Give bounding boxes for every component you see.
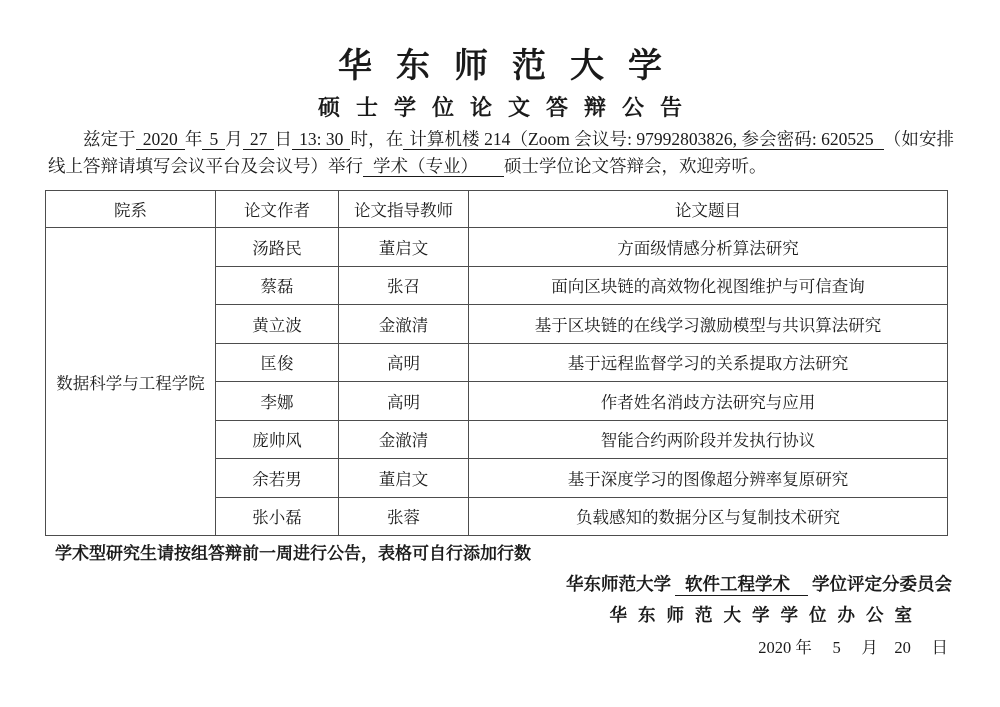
thesis-title-cell: 智能合约两阶段并发执行协议 <box>469 420 948 459</box>
thesis-title-cell: 面向区块链的高效物化视图维护与可信查询 <box>469 266 948 305</box>
thesis-title-cell: 负载感知的数据分区与复制技术研究 <box>469 497 948 536</box>
thesis-title-cell: 基于远程监督学习的关系提取方法研究 <box>469 343 948 382</box>
notice-suffix: 硕士学位论文答辩会，欢迎旁听。 <box>504 156 767 176</box>
author-cell: 黄立波 <box>216 305 339 344</box>
advisor-cell: 高明 <box>339 343 469 382</box>
header-author: 论文作者 <box>216 191 339 228</box>
author-cell: 匡俊 <box>216 343 339 382</box>
month-label: 月 <box>225 129 243 149</box>
advisor-cell: 金澈清 <box>339 305 469 344</box>
author-cell: 余若男 <box>216 459 339 498</box>
defense-month: 5 <box>202 129 225 150</box>
notice-prefix: 兹定于 <box>83 129 136 149</box>
author-cell: 李娜 <box>216 382 339 421</box>
defense-day: 27 <box>243 129 275 150</box>
author-cell: 庞帅风 <box>216 420 339 459</box>
advisor-cell: 董启文 <box>339 228 469 267</box>
announcement-document: 华东师范大学 硕士学位论文答辩公告 兹定于2020年5月27日13: 30时，在… <box>0 0 1000 707</box>
committee-field-underline: 软件工程学术 <box>675 574 808 596</box>
defense-time: 13: 30 <box>292 129 350 150</box>
defense-venue: 计算机楼 214（Zoom 会议号: 97992803826, 参会密码: 62… <box>403 129 883 150</box>
day-label: 日 <box>274 129 292 149</box>
university-title: 华东师范大学 <box>0 38 1000 87</box>
notice-paragraph: 兹定于2020年5月27日13: 30时，在计算机楼 214（Zoom 会议号:… <box>48 126 954 180</box>
department-cell: 数据科学与工程学院 <box>46 228 216 536</box>
advisor-cell: 张蓉 <box>339 497 469 536</box>
footer-note: 学术型研究生请按组答辩前一周进行公告，表格可自行添加行数 <box>55 539 531 564</box>
announcement-title: 硕士学位论文答辩公告 <box>0 91 1000 122</box>
header-advisor: 论文指导教师 <box>339 191 469 228</box>
defense-category: 学术（专业） <box>363 156 504 177</box>
author-cell: 张小磊 <box>216 497 339 536</box>
advisor-cell: 金澈清 <box>339 420 469 459</box>
year-label: 年 <box>185 129 203 149</box>
thesis-title-cell: 作者姓名消歧方法研究与应用 <box>469 382 948 421</box>
table-row: 数据科学与工程学院 汤路民 董启文 方面级情感分析算法研究 <box>46 228 948 267</box>
header-thesis-title: 论文题目 <box>469 191 948 228</box>
advisor-cell: 高明 <box>339 382 469 421</box>
advisor-cell: 张召 <box>339 266 469 305</box>
thesis-title-cell: 基于区块链的在线学习激励模型与共识算法研究 <box>469 305 948 344</box>
header-department: 院系 <box>46 191 216 228</box>
signature-date: 2020 年 5 月 20 日 <box>758 634 948 658</box>
committee-prefix: 华东师范大学 <box>566 574 671 594</box>
defense-year: 2020 <box>136 129 185 150</box>
defense-table: 院系 论文作者 论文指导教师 论文题目 数据科学与工程学院 汤路民 董启文 方面… <box>45 190 948 536</box>
thesis-title-cell: 方面级情感分析算法研究 <box>469 228 948 267</box>
committee-signature: 华东师范大学软件工程学术学位评定分委员会 <box>566 571 952 596</box>
thesis-title-cell: 基于深度学习的图像超分辨率复原研究 <box>469 459 948 498</box>
time-label: 时，在 <box>350 129 403 149</box>
office-signature: 华东师范大学学位办公室 <box>610 602 924 627</box>
table-header-row: 院系 论文作者 论文指导教师 论文题目 <box>46 191 948 228</box>
committee-suffix: 学位评定分委员会 <box>812 574 952 594</box>
author-cell: 蔡磊 <box>216 266 339 305</box>
author-cell: 汤路民 <box>216 228 339 267</box>
advisor-cell: 董启文 <box>339 459 469 498</box>
